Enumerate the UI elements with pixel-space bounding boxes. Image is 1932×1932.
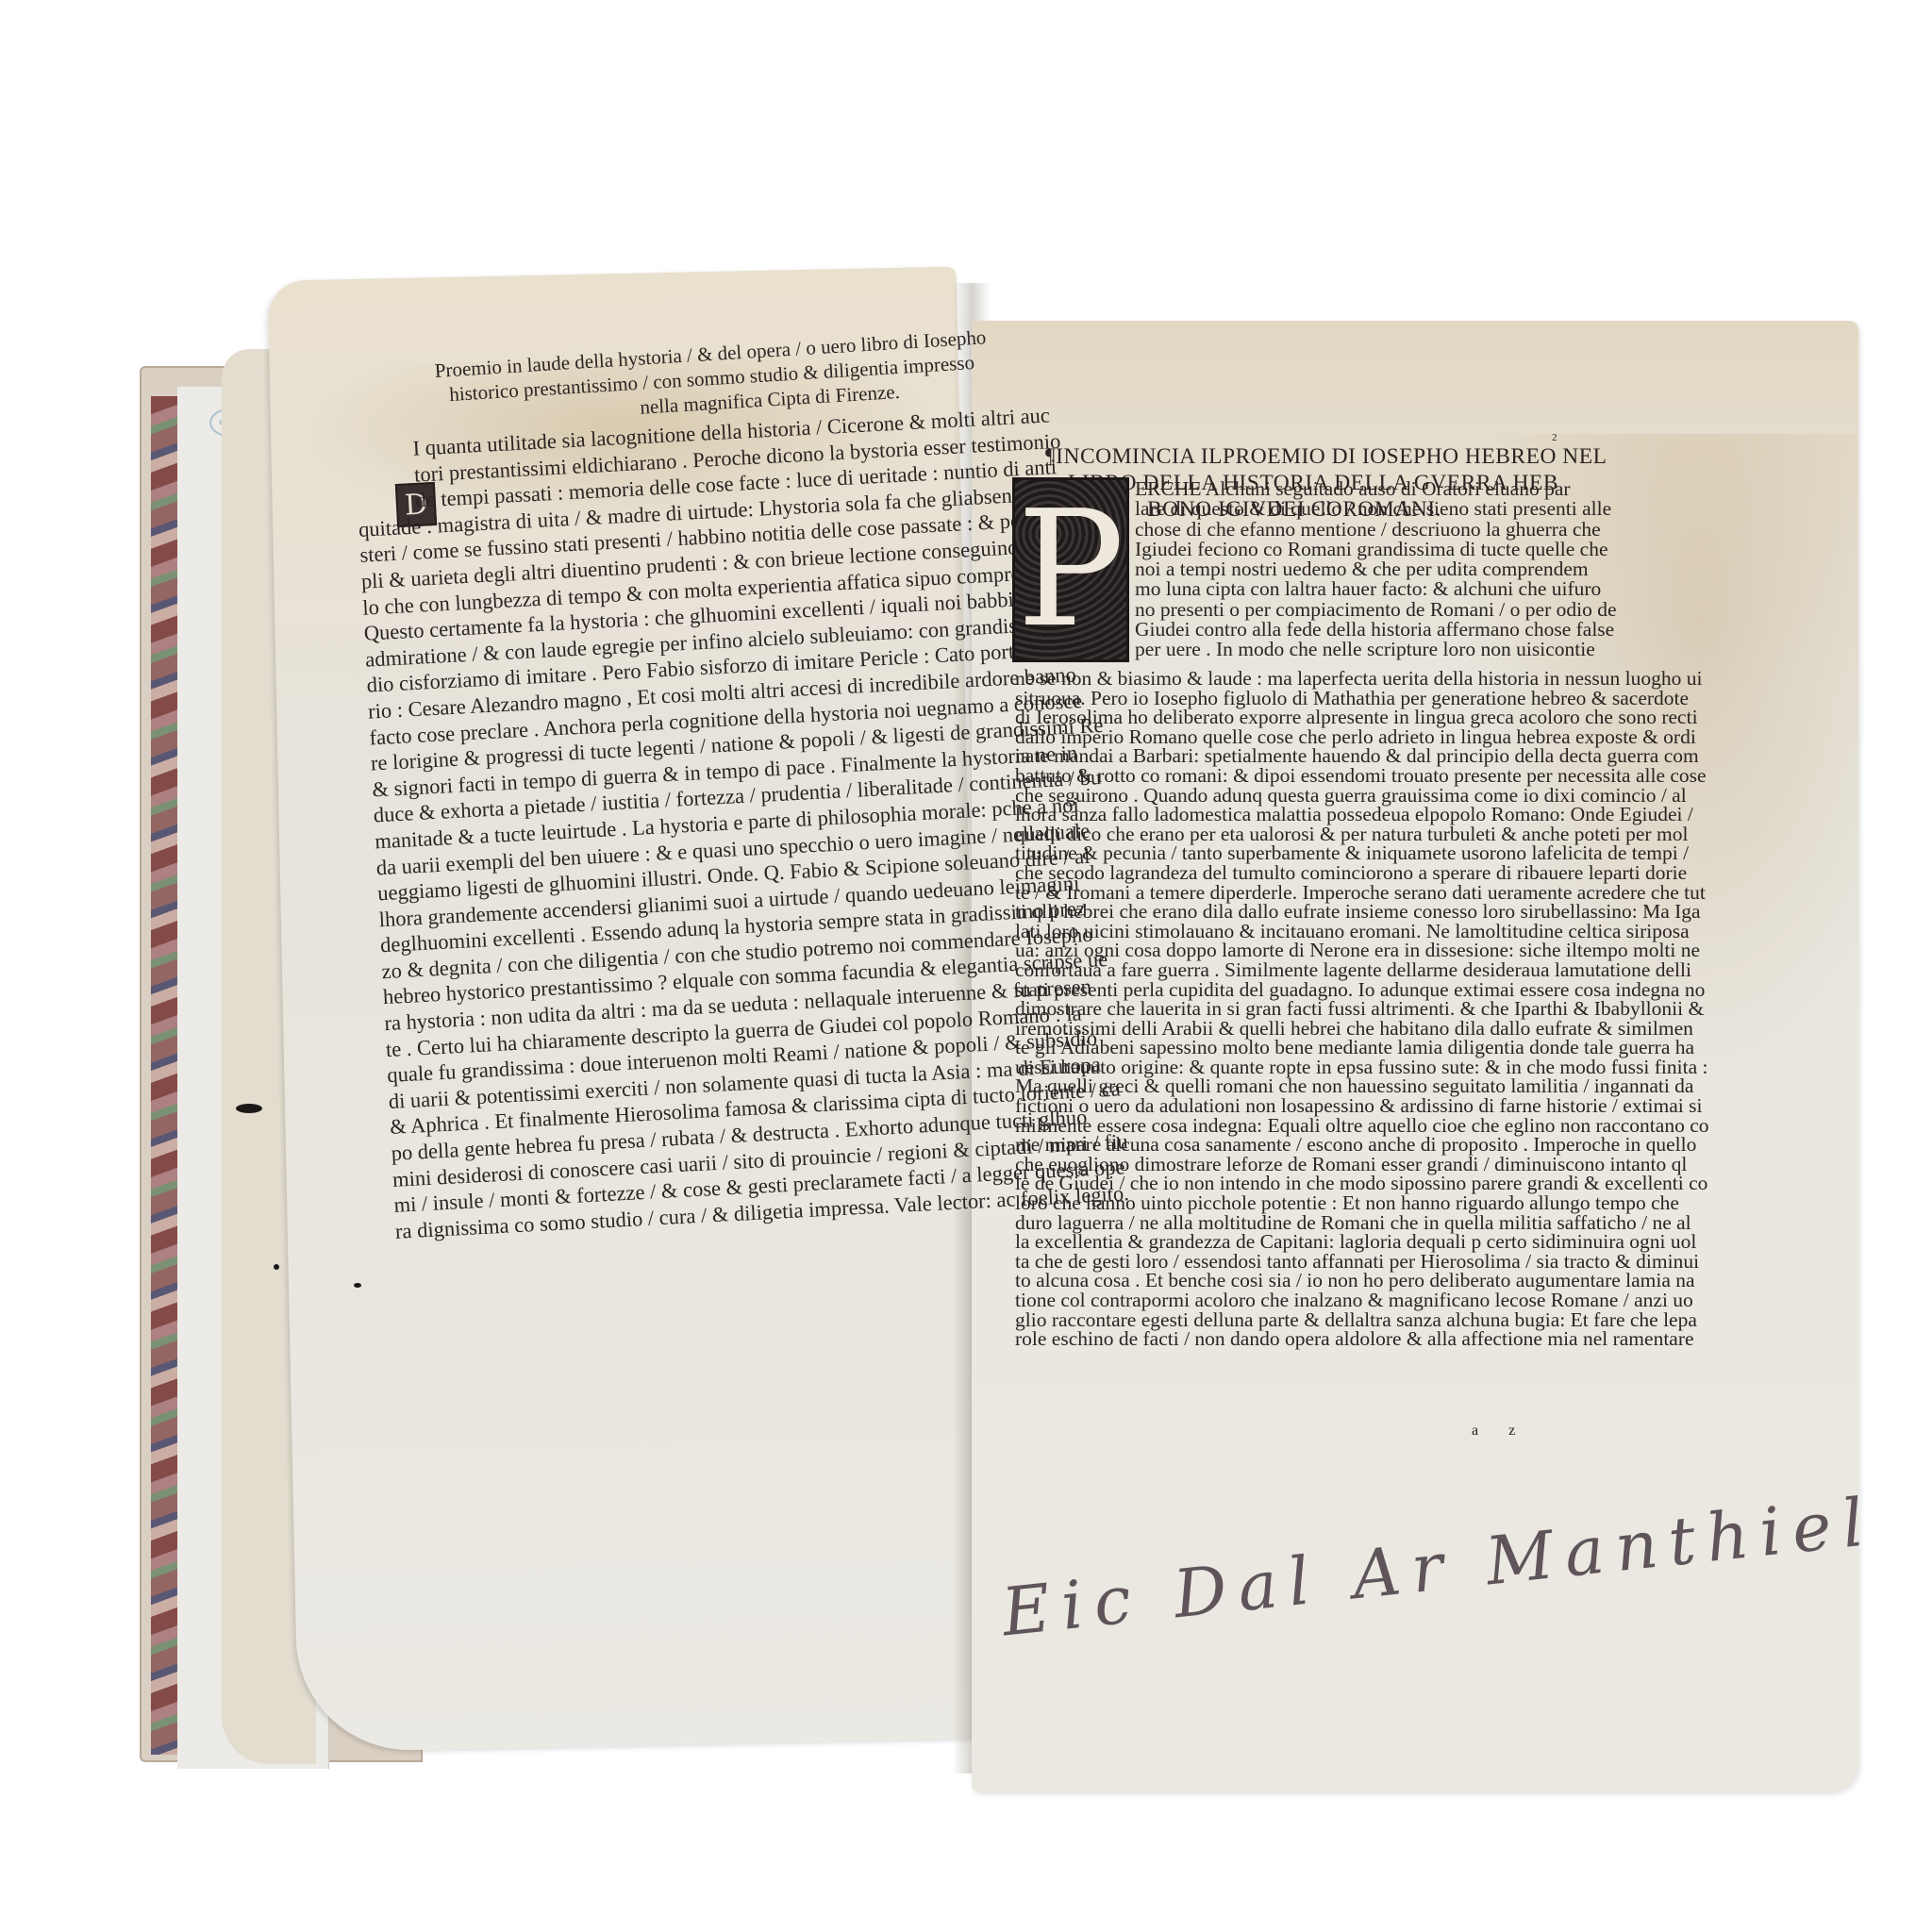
text-line: ti qlli hebrei che erano dila dallo eufr…	[1015, 902, 1709, 922]
text-line: ne se non & biasimo & laude : ma laperfe…	[1015, 669, 1709, 689]
signature-mark: a z	[1472, 1423, 1528, 1440]
text-line: Igiudei feciono co Romani grandissima di…	[1135, 540, 1617, 559]
text-line: nate mandai a Barbari: spetialmente haue…	[1015, 746, 1709, 766]
text-line: lati loro uicini stimolauano & incitauan…	[1015, 922, 1709, 941]
text-line: dallo imperio Romano quelle cose che per…	[1015, 727, 1709, 747]
text-line: fictioni o uero da adulationi non losape…	[1015, 1096, 1709, 1116]
text-line: lhora sanza fallo ladomestica malattia p…	[1015, 805, 1709, 824]
text-line: te gli Adiabeni sapessino molto bene med…	[1015, 1038, 1709, 1058]
right-page-body: ne se non & biasimo & laude : ma laperfe…	[1015, 669, 1709, 1349]
text-line: ta che de gesti loro / essendosi tanto a…	[1015, 1252, 1709, 1272]
text-line: di Ierosolima ho deliberato exporre alpr…	[1015, 708, 1709, 727]
text-line: lare di questo & di quello / non che sie…	[1135, 499, 1617, 519]
text-line: confortaua a fare guerra . Similmente la…	[1015, 960, 1709, 980]
text-line: che secodo lagrandeza del tumulto cominc…	[1015, 863, 1709, 883]
text-line: me mipare alcuna cosa sanamente / escono…	[1015, 1135, 1709, 1155]
text-line: noi a tempi nostri uedemo & che per udit…	[1135, 559, 1617, 579]
text-line: duro laguerra / ne alla moltitudine de R…	[1015, 1213, 1709, 1233]
text-line: no presenti o per compiacimento de Roman…	[1135, 600, 1617, 620]
text-line: ua: anzi ogni cosa doppo lamorte di Nero…	[1015, 941, 1709, 960]
text-line: che euogliono dimostrare leforze de Roma…	[1015, 1155, 1709, 1174]
text-line: Ma quelli greci & quelli romani che non …	[1015, 1076, 1709, 1096]
text-line: le de Giudei / che io non intendo in che…	[1015, 1174, 1709, 1193]
text-line: battuto & rotto co romani: & dipoi essen…	[1015, 766, 1709, 786]
text-line: iremotissimi delli Arabii & quelli hebre…	[1015, 1019, 1709, 1039]
ink-blot	[354, 1283, 361, 1288]
text-line: tione col contrapormi acoloro che inalza…	[1015, 1291, 1709, 1310]
text-line: mo luna cipta con laltra hauer facto: & …	[1135, 579, 1617, 599]
text-line: per uere . In modo che nelle scripture l…	[1135, 640, 1617, 659]
text-line: uessi hauuto origine: & quante ropte in …	[1015, 1058, 1709, 1077]
text-line: la excellentia & grandezza de Capitani: …	[1015, 1232, 1709, 1252]
text-line: quelli dico che erano per eta ualorosi &…	[1015, 824, 1709, 844]
text-line: Giudei contro alla fede della historia a…	[1135, 620, 1617, 640]
folio-number: 2	[1552, 432, 1557, 443]
pilcrow-icon: ¶	[1045, 444, 1056, 469]
ink-blot	[274, 1264, 279, 1270]
ink-blot	[236, 1104, 262, 1113]
marbled-cover-edge	[151, 396, 179, 1755]
text-line: ERCHE Alchuni seguitado auso di Oratori …	[1135, 479, 1617, 499]
text-line: che seguirono . Quando adunq questa guer…	[1015, 786, 1709, 806]
text-line: milmente essere cosa indegna: Equali olt…	[1015, 1116, 1709, 1136]
decorated-initial-p: P	[1012, 477, 1129, 662]
text-line: to alcuna cosa . Et benche cosi sia / io…	[1015, 1271, 1709, 1291]
text-line: te / & Iromani a temere diperderle. Impe…	[1015, 883, 1709, 903]
text-line: chose di che efanno mentione / descriuon…	[1135, 520, 1617, 540]
text-line: sitruoua. Pero io Iosepho figluolo di Ma…	[1015, 689, 1709, 708]
right-page-body-beside-initial: ERCHE Alchuni seguitado auso di Oratori …	[1135, 479, 1617, 660]
text-line: loro che hanno uinto picchole potentie :…	[1015, 1193, 1709, 1213]
text-line: role eschino de facti / non dando opera …	[1015, 1329, 1709, 1349]
text-line: dimostrare che lauerita in si gran facti…	[1015, 999, 1709, 1019]
text-line: glio raccontare egesti delluna parte & d…	[1015, 1310, 1709, 1330]
text-line: titudine & pecunia / tanto superbamente …	[1015, 843, 1709, 863]
text-line: stati presenti perla cupidita del guadag…	[1015, 980, 1709, 1000]
title-line: ¶INCOMINCIA ILPROEMIO DI IOSEPHO HEBREO …	[1045, 443, 1607, 470]
